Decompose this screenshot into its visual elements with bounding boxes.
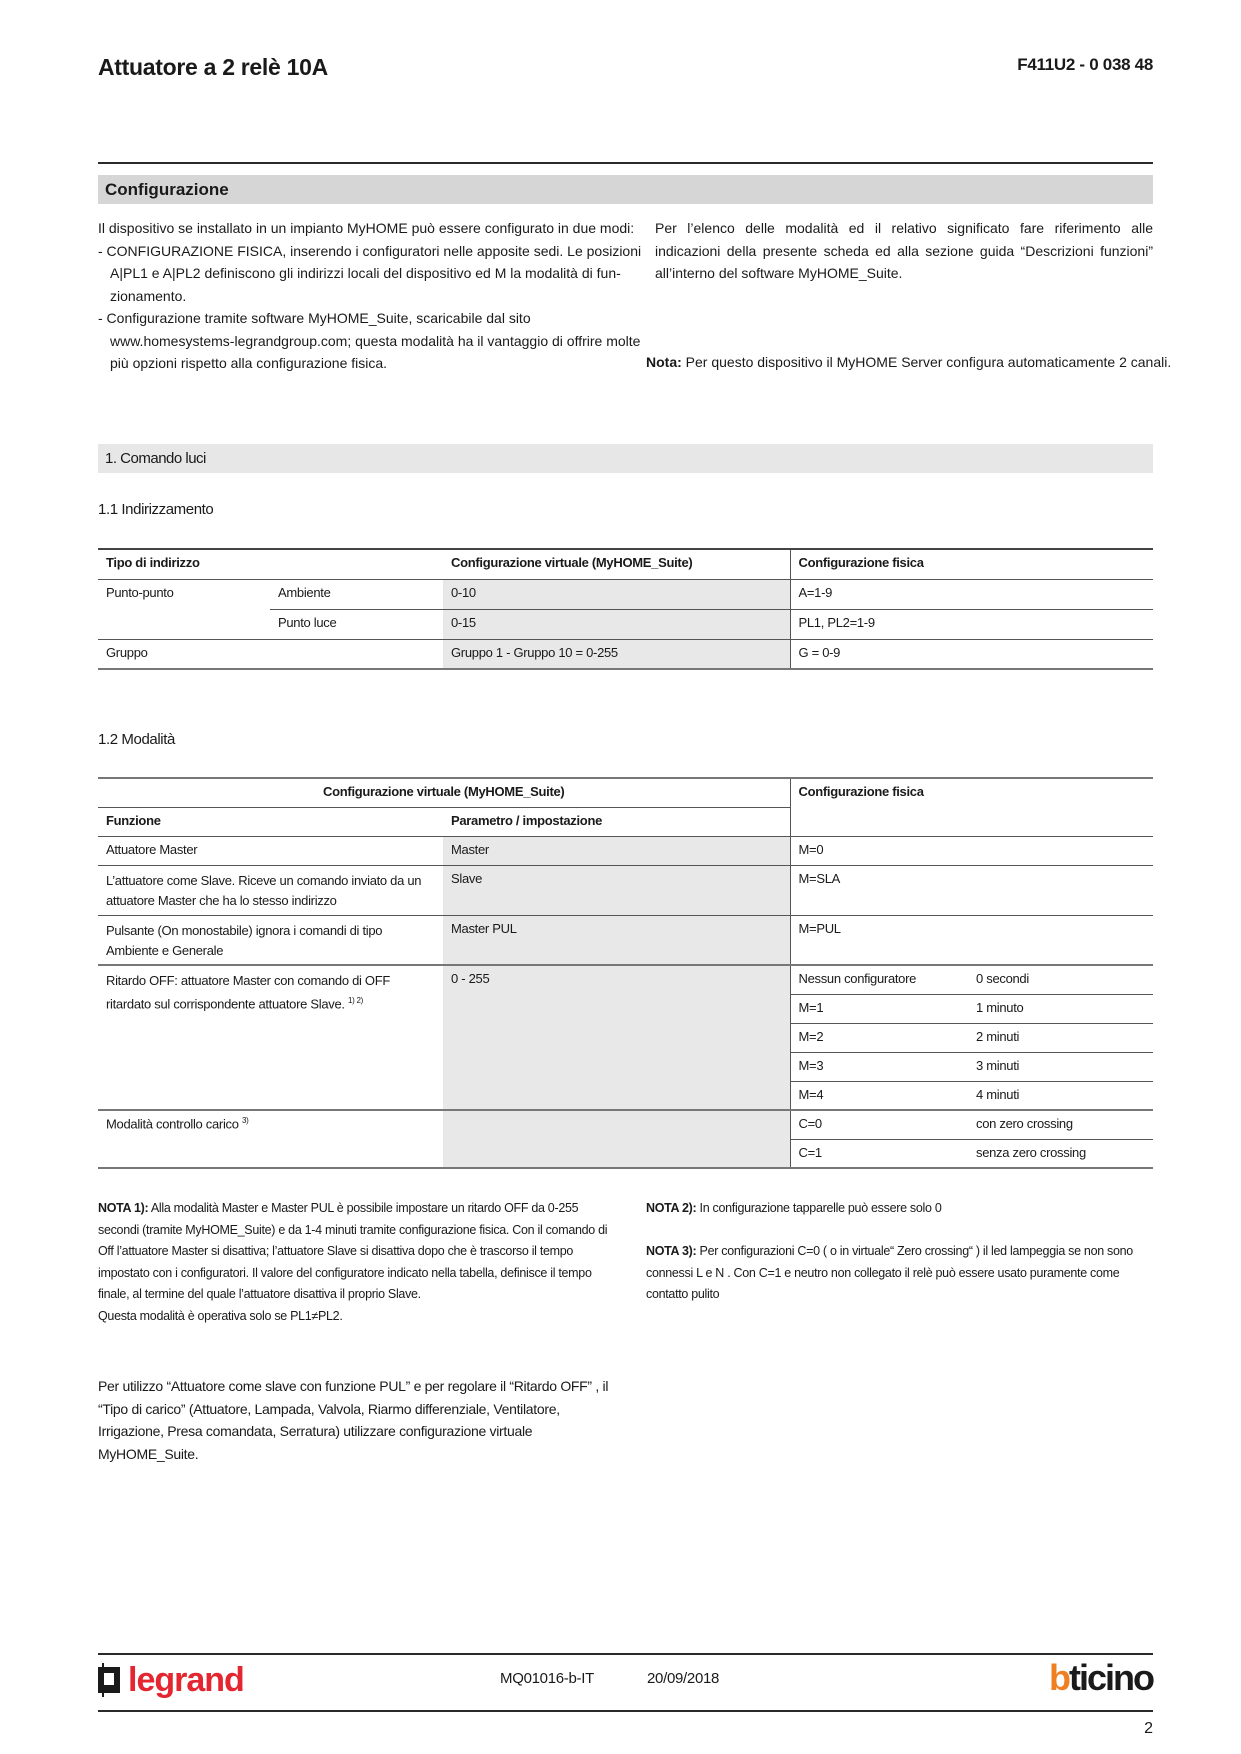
legrand-mark-icon — [98, 1667, 120, 1693]
cell-fisica: M=SLA — [790, 865, 1153, 915]
cell-config: M=3 — [790, 1052, 968, 1081]
cell-funzione: Attuatore Master — [98, 836, 443, 865]
column-header: Parametro / impostazione — [443, 807, 790, 836]
bticino-logo: bticino — [1049, 1658, 1153, 1698]
cell-tipo: Punto-punto — [98, 579, 270, 609]
cell-config: M=2 — [790, 1023, 968, 1052]
cell-value: 1 minuto — [968, 994, 1153, 1023]
bticino-b: b — [1049, 1657, 1069, 1698]
cell-config: Nessun configuratore — [790, 965, 968, 994]
cell-funzione: Ritardo OFF: attuatore Master con comand… — [98, 965, 443, 1110]
table-row: Modalità controllo carico 3) C=0 con zer… — [98, 1110, 1153, 1139]
header-divider — [98, 162, 1153, 164]
cell-virtuale: Gruppo 1 - Gruppo 10 = 0-255 — [443, 639, 790, 669]
intro-line: Il dispositivo se installato in un impia… — [98, 217, 606, 240]
intro-left-text: Il dispositivo se installato in un impia… — [98, 217, 606, 375]
table-row: Pulsante (On monostabile) ignora i coman… — [98, 915, 1153, 965]
legrand-wordmark: legrand — [128, 1663, 244, 1697]
section-heading: Configurazione — [105, 180, 229, 200]
cell-funzione: L’attuatore come Slave. Riceve un comand… — [98, 865, 443, 915]
product-code: F411U2 - 0 038 48 — [1017, 55, 1153, 75]
cell-fisica: PL1, PL2=1-9 — [790, 609, 1153, 639]
cell-tipo — [98, 609, 270, 639]
footnote-ref: 1) 2) — [348, 996, 363, 1005]
cell-parametro: Master — [443, 836, 790, 865]
intro-right-text: Per l’elenco delle modalità ed il relati… — [655, 217, 1153, 285]
table-row: Attuatore Master Master M=0 — [98, 836, 1153, 865]
cell-value: 3 minuti — [968, 1052, 1153, 1081]
cell-value: 2 minuti — [968, 1023, 1153, 1052]
footnote-ref: 3) — [242, 1116, 249, 1125]
server-note: Nota: Per questo dispositivo il MyHOME S… — [646, 354, 1171, 370]
document-title: Attuatore a 2 relè 10A — [98, 54, 328, 81]
section-configurazione: Configurazione — [98, 175, 1153, 204]
nota-3: NOTA 3): Per configurazioni C=0 ( o in v… — [646, 1241, 1156, 1306]
cell-sotto: Punto luce — [270, 609, 443, 639]
footer-divider-top — [98, 1653, 1153, 1655]
page-number: 2 — [1144, 1720, 1153, 1738]
cell-config: C=1 — [790, 1139, 968, 1168]
cell-config: M=1 — [790, 994, 968, 1023]
funzione-text: Ritardo OFF: attuatore Master con comand… — [106, 973, 390, 1011]
cell-parametro: Slave — [443, 865, 790, 915]
note-label: NOTA 2): — [646, 1201, 696, 1215]
legrand-logo: legrand — [98, 1660, 244, 1700]
cell-value: 4 minuti — [968, 1081, 1153, 1110]
column-header: Configurazione virtuale (MyHOME_Suite) — [443, 549, 790, 579]
usage-note: Per utilizzo “Attuatore come slave con f… — [98, 1375, 618, 1465]
modalita-table: Configurazione virtuale (MyHOME_Suite) C… — [98, 777, 1153, 1169]
intro-line: - Configurazione tramite software MyHOME… — [98, 307, 606, 330]
note-text: Per questo dispositivo il MyHOME Server … — [682, 354, 1171, 370]
note-extra: Questa modalità è operativa solo se PL1≠… — [98, 1306, 618, 1328]
cell-value: senza zero crossing — [968, 1139, 1153, 1168]
note-text: Per configurazioni C=0 ( o in virtuale“ … — [646, 1244, 1133, 1301]
document-date: 20/09/2018 — [647, 1670, 719, 1687]
cell-value: con zero crossing — [968, 1110, 1153, 1139]
column-header: Tipo di indirizzo — [98, 549, 443, 579]
intro-line: www.homesystems-legrandgroup.com; questa… — [98, 330, 606, 353]
note-text: Alla modalità Master e Master PUL è poss… — [98, 1201, 607, 1301]
section-comando-luci: 1. Comando luci — [98, 444, 1153, 473]
bticino-rest: ticino — [1069, 1657, 1153, 1698]
cell-config: C=0 — [790, 1110, 968, 1139]
cell-config: M=4 — [790, 1081, 968, 1110]
table-row: L’attuatore come Slave. Riceve un comand… — [98, 865, 1153, 915]
intro-line: zionamento. — [98, 285, 606, 308]
intro-line: - CONFIGURAZIONE FISICA, inserendo i con… — [98, 240, 606, 263]
cell-funzione: Pulsante (On monostabile) ignora i coman… — [98, 915, 443, 965]
subheading-modalita: 1.2 Modalità — [98, 731, 175, 748]
cell-tipo: Gruppo — [98, 639, 270, 669]
nota-1: NOTA 1): Alla modalità Master e Master P… — [98, 1198, 618, 1327]
cell-fisica: G = 0-9 — [790, 639, 1153, 669]
column-header: Funzione — [98, 807, 443, 836]
subheading-indirizzamento: 1.1 Indirizzamento — [98, 501, 213, 518]
cell-sotto: Ambiente — [270, 579, 443, 609]
document-reference: MQ01016-b-IT — [500, 1670, 594, 1687]
cell-virtuale: 0-15 — [443, 609, 790, 639]
cell-parametro: Master PUL — [443, 915, 790, 965]
cell-parametro: 0 - 255 — [443, 965, 790, 1110]
note-label: NOTA 3): — [646, 1244, 696, 1258]
table-row: Ritardo OFF: attuatore Master con comand… — [98, 965, 1153, 994]
column-header: Configurazione fisica — [790, 549, 1153, 579]
group-header: Configurazione virtuale (MyHOME_Suite) — [98, 778, 790, 807]
section-heading: 1. Comando luci — [105, 450, 206, 467]
table-header-row: Tipo di indirizzo Configurazione virtual… — [98, 549, 1153, 579]
note-label: NOTA 1): — [98, 1201, 148, 1215]
cell-fisica: A=1-9 — [790, 579, 1153, 609]
nota-2: NOTA 2): In configurazione tapparelle pu… — [646, 1198, 1156, 1220]
indirizzamento-table: Tipo di indirizzo Configurazione virtual… — [98, 548, 1153, 670]
note-text: In configurazione tapparelle può essere … — [696, 1201, 941, 1215]
cell-fisica: M=PUL — [790, 915, 1153, 965]
table-row: Gruppo Gruppo 1 - Gruppo 10 = 0-255 G = … — [98, 639, 1153, 669]
cell-parametro — [443, 1110, 790, 1168]
table-group-header-row: Configurazione virtuale (MyHOME_Suite) C… — [98, 778, 1153, 807]
intro-line: A|PL1 e A|PL2 definiscono gli indirizzi … — [98, 262, 606, 285]
cell-fisica: M=0 — [790, 836, 1153, 865]
funzione-text: Modalità controllo carico — [106, 1116, 239, 1131]
cell-sotto — [270, 639, 443, 669]
column-header: Configurazione fisica — [790, 778, 1153, 836]
cell-value: 0 secondi — [968, 965, 1153, 994]
intro-line: più opzioni rispetto alla configurazione… — [98, 352, 606, 375]
table-row: Punto-punto Ambiente 0-10 A=1-9 — [98, 579, 1153, 609]
footer-divider-bottom — [98, 1710, 1153, 1712]
note-label: Nota: — [646, 354, 682, 370]
cell-funzione: Modalità controllo carico 3) — [98, 1110, 443, 1168]
cell-virtuale: 0-10 — [443, 579, 790, 609]
table-row: Punto luce 0-15 PL1, PL2=1-9 — [98, 609, 1153, 639]
